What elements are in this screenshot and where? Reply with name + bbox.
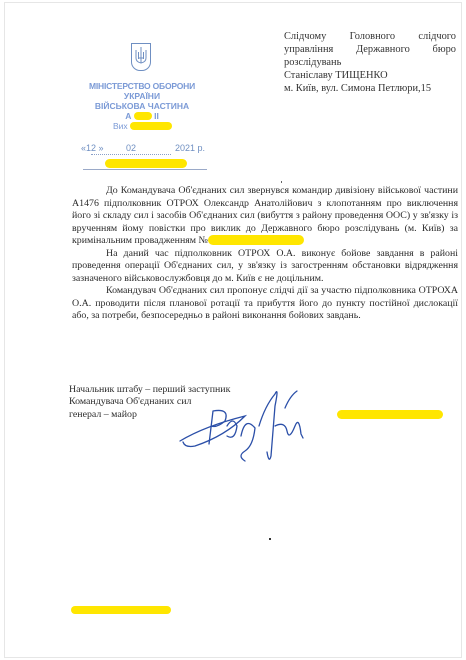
ukraine-trident-icon (131, 43, 151, 71)
addressee-block: Слідчому Головного слідчого управління Д… (284, 30, 456, 95)
outgoing-number: Вих (77, 121, 207, 131)
date-day: «12 » (81, 143, 104, 153)
paragraph-2: На даний час підполковник ОТРОХ О.А. вик… (72, 248, 458, 286)
redaction-case-number (208, 235, 304, 245)
redaction-registration (105, 159, 187, 168)
handwritten-signature (175, 386, 315, 466)
addressee-line: Слідчому Головного слідчого (284, 30, 456, 43)
ministry-name: МІНІСТЕРСТВО ОБОРОНИ (77, 81, 207, 91)
paragraph-3: Командувач Об'єднаних сил пропонує слідч… (72, 285, 458, 323)
document-page: МІНІСТЕРСТВО ОБОРОНИ УКРАЇНИ ВІЙСЬКОВА Ч… (4, 2, 462, 658)
scan-mark (281, 181, 282, 183)
addressee-line: управління Державного бюро (284, 43, 456, 56)
redaction-signatory-name (337, 410, 443, 419)
addressee-line: розслідувань (284, 56, 456, 69)
unit-label: ВІЙСЬКОВА ЧАСТИНА (77, 101, 207, 111)
paragraph-1: До Командувача Об'єднаних сил звернувся … (72, 185, 458, 248)
unit-number: А II (77, 111, 207, 121)
unit-number-suffix: II (154, 111, 159, 121)
redaction-unit-number (134, 112, 152, 120)
scan-mark (269, 538, 271, 540)
letterhead-stamp: МІНІСТЕРСТВО ОБОРОНИ УКРАЇНИ ВІЙСЬКОВА Ч… (77, 81, 207, 131)
date-month: 02 (126, 143, 136, 153)
addressee-address: м. Київ, вул. Симона Петлюри,15 (284, 82, 456, 95)
date-year: 2021 р. (175, 143, 205, 153)
letter-body: До Командувача Об'єднаних сил звернувся … (72, 185, 458, 323)
stamp-divider (83, 169, 207, 170)
outgoing-prefix: Вих (113, 121, 128, 131)
redaction-outgoing-number (130, 122, 172, 130)
date-underline (91, 154, 171, 155)
addressee-name: Станіславу ТИЩЕНКО (284, 69, 456, 82)
country-name: УКРАЇНИ (77, 91, 207, 101)
redaction-footer (71, 606, 171, 614)
unit-number-prefix: А (125, 111, 131, 121)
